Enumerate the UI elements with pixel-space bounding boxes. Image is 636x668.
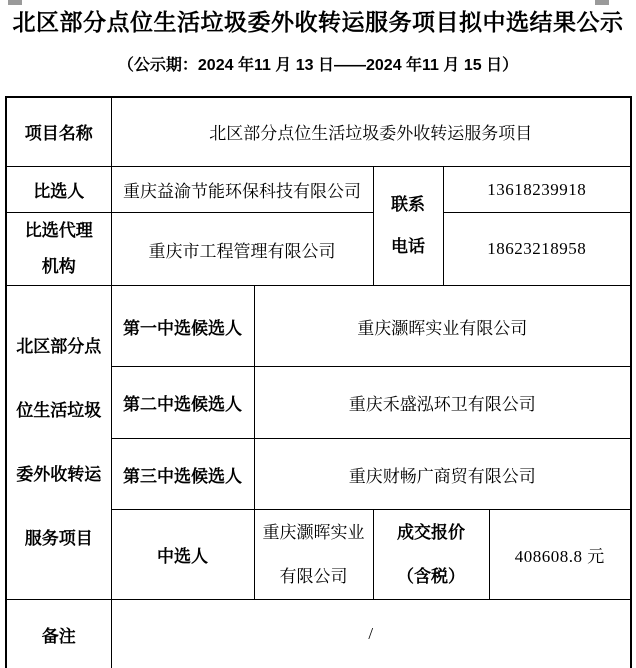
page-title: 北区部分点位生活垃圾委外收转运服务项目拟中选结果公示 bbox=[0, 0, 636, 37]
project-name-label: 项目名称 bbox=[6, 97, 111, 167]
agency-value: 重庆市工程管理有限公司 bbox=[111, 213, 373, 286]
agency-label-line2: 机构 bbox=[9, 249, 109, 285]
announcement-page: 北区部分点位生活垃圾委外收转运服务项目拟中选结果公示 （公示期：2024 年11… bbox=[0, 0, 636, 668]
bid-inviter-value: 重庆益渝节能环保科技有限公司 bbox=[111, 167, 373, 213]
agency-label: 比选代理 机构 bbox=[6, 213, 111, 286]
project-name-value: 北区部分点位生活垃圾委外收转运服务项目 bbox=[111, 97, 631, 167]
bid-inviter-row: 比选人 重庆益渝节能环保科技有限公司 联系 电话 13618239918 bbox=[6, 167, 631, 213]
project-group-label-line4: 服务项目 bbox=[9, 507, 109, 571]
agency-row: 比选代理 机构 重庆市工程管理有限公司 18623218958 bbox=[6, 213, 631, 286]
remark-label: 备注 bbox=[6, 600, 111, 668]
project-group-label-line3: 委外收转运 bbox=[9, 443, 109, 507]
contact-phone-label-line1: 联系 bbox=[376, 184, 441, 226]
top-right-ui-artifact bbox=[595, 0, 609, 5]
project-group-label-line2: 位生活垃圾 bbox=[9, 379, 109, 443]
candidate-1-company: 重庆灏晖实业有限公司 bbox=[254, 286, 631, 367]
winner-company-line1: 重庆灏晖实业 bbox=[257, 511, 371, 555]
agency-label-line1: 比选代理 bbox=[9, 213, 109, 249]
agency-phone: 18623218958 bbox=[443, 213, 631, 286]
price-label-line2: （含税） bbox=[376, 555, 487, 599]
remark-row: 备注 / bbox=[6, 600, 631, 668]
remark-value: / bbox=[111, 600, 631, 668]
result-table: 项目名称 北区部分点位生活垃圾委外收转运服务项目 比选人 重庆益渝节能环保科技有… bbox=[5, 96, 632, 668]
top-left-ui-artifact bbox=[8, 0, 22, 5]
project-name-row: 项目名称 北区部分点位生活垃圾委外收转运服务项目 bbox=[6, 97, 631, 167]
price-label: 成交报价 （含税） bbox=[373, 510, 489, 600]
project-group-label-line1: 北区部分点 bbox=[9, 315, 109, 379]
contact-phone-label: 联系 电话 bbox=[373, 167, 443, 286]
candidate-2-label: 第二中选候选人 bbox=[111, 367, 254, 439]
publicity-period: （公示期：2024 年11 月 13 日——2024 年11 月 15 日） bbox=[0, 52, 636, 75]
project-group-label: 北区部分点 位生活垃圾 委外收转运 服务项目 bbox=[6, 286, 111, 600]
contact-phone-label-line2: 电话 bbox=[376, 226, 441, 268]
bid-inviter-label: 比选人 bbox=[6, 167, 111, 213]
winner-company: 重庆灏晖实业 有限公司 bbox=[254, 510, 373, 600]
candidate-2-company: 重庆禾盛泓环卫有限公司 bbox=[254, 367, 631, 439]
winner-label: 中选人 bbox=[111, 510, 254, 600]
candidate-1-row: 北区部分点 位生活垃圾 委外收转运 服务项目 第一中选候选人 重庆灏晖实业有限公… bbox=[6, 286, 631, 367]
winner-company-line2: 有限公司 bbox=[257, 555, 371, 599]
candidate-1-label: 第一中选候选人 bbox=[111, 286, 254, 367]
candidate-3-label: 第三中选候选人 bbox=[111, 439, 254, 510]
bid-inviter-phone: 13618239918 bbox=[443, 167, 631, 213]
price-value: 408608.8 元 bbox=[489, 510, 631, 600]
candidate-3-company: 重庆财畅广商贸有限公司 bbox=[254, 439, 631, 510]
price-label-line1: 成交报价 bbox=[376, 511, 487, 555]
